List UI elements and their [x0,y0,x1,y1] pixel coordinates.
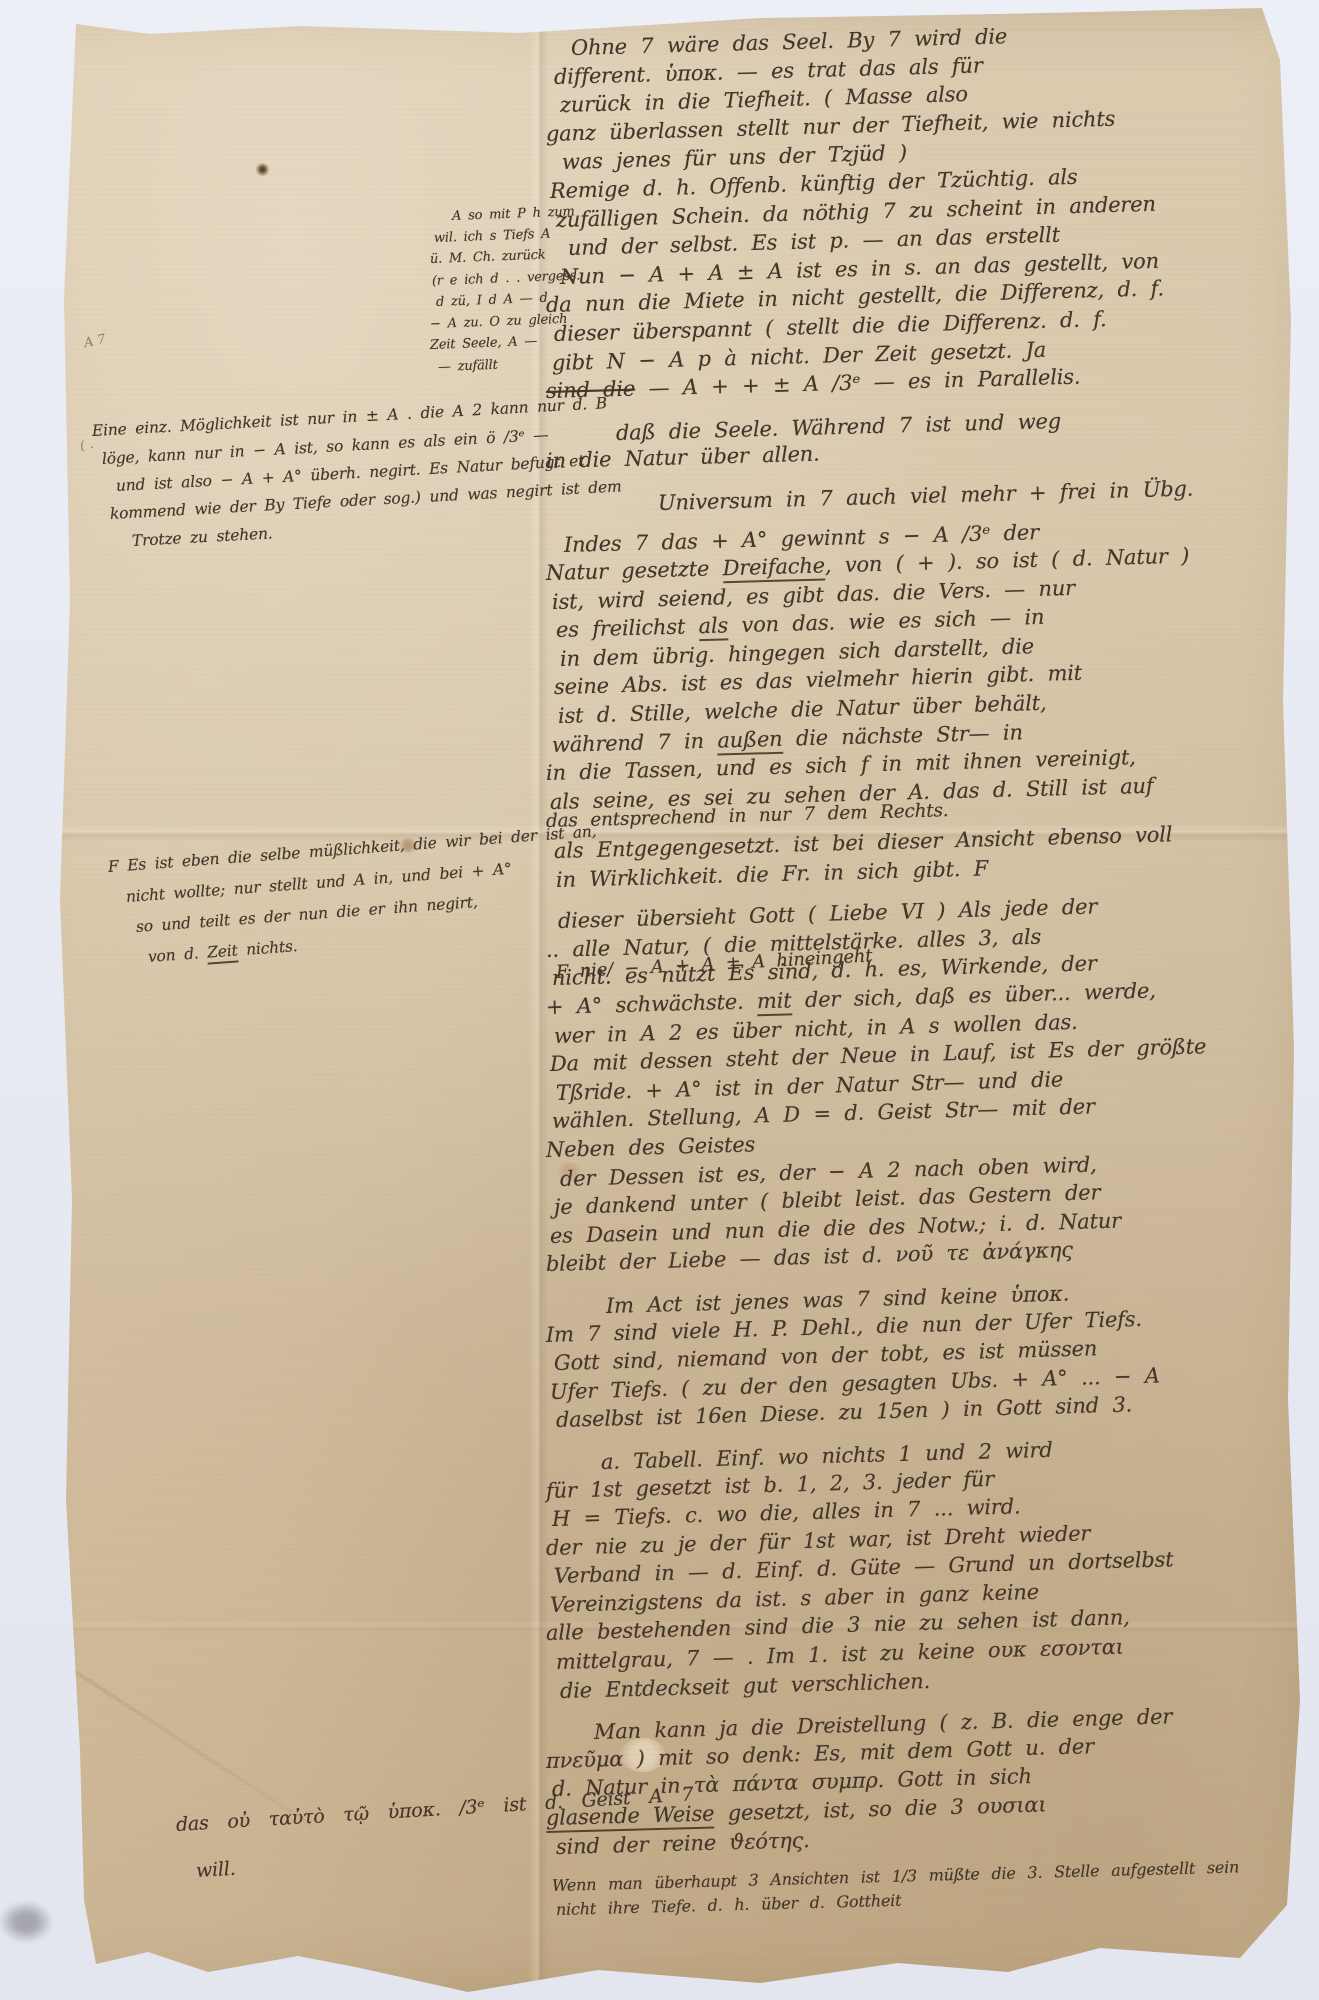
handwriting-paragraph: Indes 7 das + A° gewinnt s − A /3ᵉ derNa… [546,531,1311,895]
underlined-word: als [698,614,728,642]
underlined-word: glasende Weise [546,1801,715,1833]
ink-stain [255,163,270,176]
underlined-word: Dreifache [722,554,825,584]
handwriting-paragraph: dieser übersieht Gott ( Liebe VI ) Als j… [546,907,1311,1279]
handwriting-paragraph: Wenn man überhaupt 3 Ansichten ist 1/3 m… [546,1874,1311,1922]
struck-word: sind die [546,377,636,403]
handwriting-paragraph: Im Act ist jenes was 7 sind keine ὑποκ.I… [546,1292,1311,1435]
background-smudge [0,1902,52,1942]
handwriting-paragraph: daß die Seele. Während 7 ist und wegin d… [546,419,1311,476]
handwriting-paragraph: a. Tabell. Einf. wo nichts 1 und 2 wirdf… [546,1448,1311,1705]
underlined-word: mit [757,988,792,1016]
underlined-word: außen [717,726,783,755]
manuscript-scan: A 7 ( . A so mit P h zumwil. ich s Tiefs… [0,0,1319,2000]
underlined-word: Zeit [207,941,239,964]
handwriting-line: Universum in 7 auch viel mehr + frei in … [658,471,1312,517]
handwriting-paragraph: Ohne 7 wäre das Seel. By 7 wird diediffe… [546,34,1311,406]
main-text-column: Ohne 7 wäre das Seel. By 7 wird diediffe… [546,34,1311,1922]
handwriting-paragraph: Man kann ja die Dreistellung ( z. B. die… [546,1718,1311,1861]
